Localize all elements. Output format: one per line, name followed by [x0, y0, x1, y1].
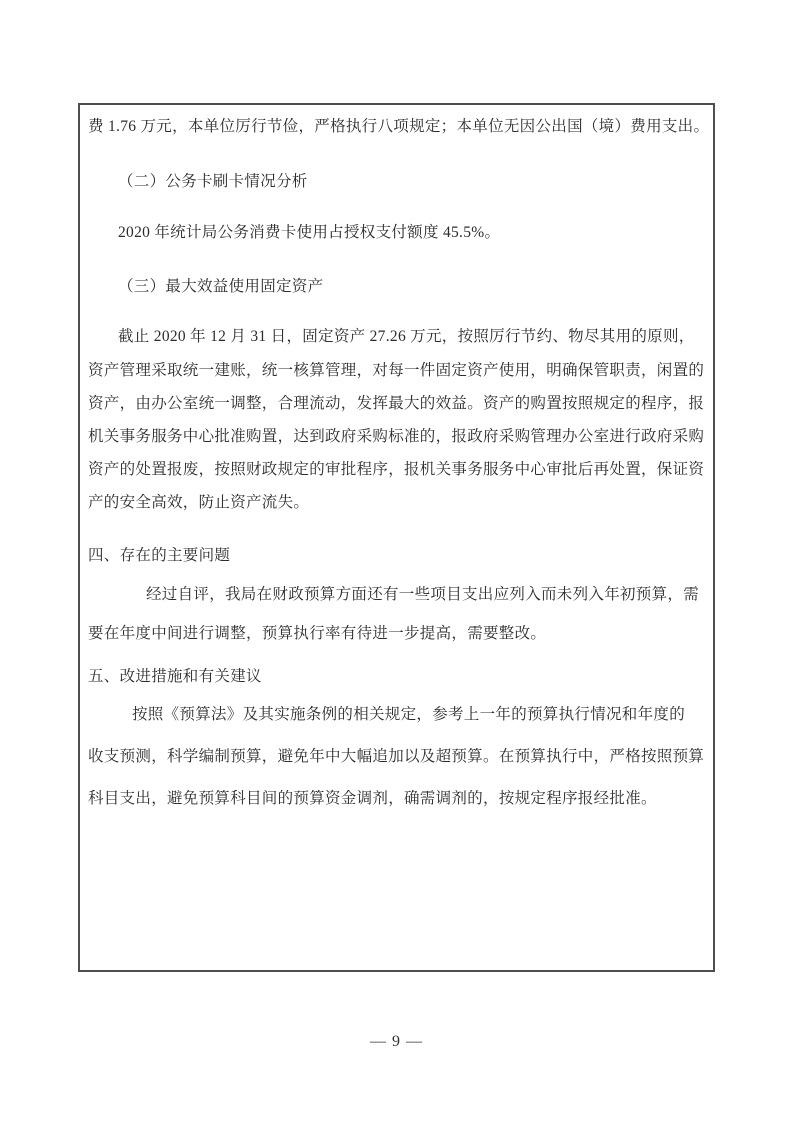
body-line-assets-1: 截止 2020 年 12 月 31 日，固定资产 27.26 万元，按照厉行节约…	[88, 320, 705, 354]
section-heading-problems: 四、存在的主要问题	[88, 539, 705, 573]
body-line-measures-1: 按照《预算法》及其实施条例的相关规定，参考上一年的预算执行情况和年度的	[88, 698, 705, 732]
body-line-problems-2: 要在年度中间进行调整，预算执行率有待进一步提高，需要整改。	[88, 617, 705, 651]
document-page: 费 1.76 万元，本单位厉行节俭，严格执行八项规定；本单位无因公出国（境）费用…	[0, 0, 793, 1122]
body-line-assets-6: 产的安全高效，防止资产流失。	[88, 486, 705, 519]
body-line-measures-3: 科目支出，避免预算科目间的预算资金调剂，确需调剂的，按规定程序报经批准。	[88, 782, 705, 816]
page-number: — 9 —	[0, 1033, 793, 1051]
body-line-problems-1: 经过自评，我局在财政预算方面还有一些项目支出应列入而未列入年初预算，需	[88, 578, 705, 612]
document-border-box: 费 1.76 万元，本单位厉行节俭，严格执行八项规定；本单位无因公出国（境）费用…	[78, 103, 715, 972]
subsection-heading-assets: （三）最大效益使用固定资产	[88, 270, 705, 304]
body-line-assets-2: 资产管理采取统一建账，统一核算管理，对每一件固定资产使用，明确保管职责，闲置的	[88, 354, 705, 387]
body-line-assets-5: 资产的处置报废，按照财政规定的审批程序，报机关事务服务中心审批后再处置，保证资	[88, 453, 705, 486]
section-heading-measures: 五、改进措施和有关建议	[88, 660, 705, 694]
body-line-expense-summary: 费 1.76 万元，本单位厉行节俭，严格执行八项规定；本单位无因公出国（境）费用…	[88, 110, 705, 144]
body-line-assets-4: 机关事务服务中心批准购置，达到政府采购标准的，报政府采购管理办公室进行政府采购，	[88, 420, 705, 453]
body-line-card-usage: 2020 年统计局公务消费卡使用占授权支付额度 45.5%。	[88, 216, 705, 250]
body-line-measures-2: 收支预测，科学编制预算，避免年中大幅追加以及超预算。在预算执行中，严格按照预算	[88, 740, 705, 774]
body-line-assets-3: 资产，由办公室统一调整，合理流动，发挥最大的效益。资产的购置按照规定的程序，报	[88, 387, 705, 420]
subsection-heading-card: （二）公务卡刷卡情况分析	[88, 165, 705, 199]
